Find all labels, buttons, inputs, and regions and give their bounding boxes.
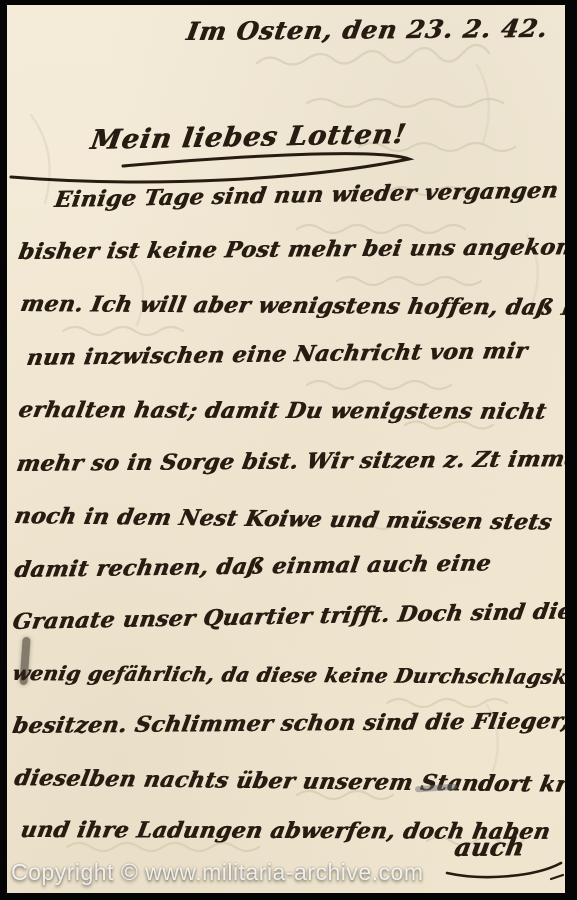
body-line: erhalten hast; damit Du wenigstens nicht [17, 397, 549, 425]
body-line: besitzen. Schlimmer schon sind die Flieg… [11, 708, 565, 739]
body-line: Granate unser Quartier trifft. Doch sind… [11, 598, 565, 635]
body-line: wenig gefährlich, da diese keine Durchsc… [11, 661, 565, 689]
body-line: Einige Tage sind nun wieder vergangen un… [53, 176, 565, 213]
body-line: noch in dem Nest Koiwe und müssen stets [13, 503, 555, 536]
body-line: men. Ich will aber wenigstens hoffen, da… [19, 291, 565, 321]
catchword: auch [453, 832, 527, 862]
letter-scan-page: Im Osten, den 23. 2. 42. Mein liebes Lot… [7, 5, 565, 893]
body-line: dieselben nachts über unserem Standort k… [13, 765, 565, 799]
body-line: damit rechnen, daß einmal auch eine [13, 550, 493, 583]
body-line: mehr so in Sorge bist. Wir sitzen z. Zt … [15, 446, 565, 477]
body-line: bisher ist keine Post mehr bei uns angek… [17, 234, 565, 265]
salutation: Mein liebes Lotten! [89, 119, 409, 156]
dateline: Im Osten, den 23. 2. 42. [185, 14, 551, 46]
body-line: nun inzwischen eine Nachricht von mir [25, 338, 530, 371]
copyright-watermark: Copyright © www.militaria-archive.com [11, 859, 424, 886]
